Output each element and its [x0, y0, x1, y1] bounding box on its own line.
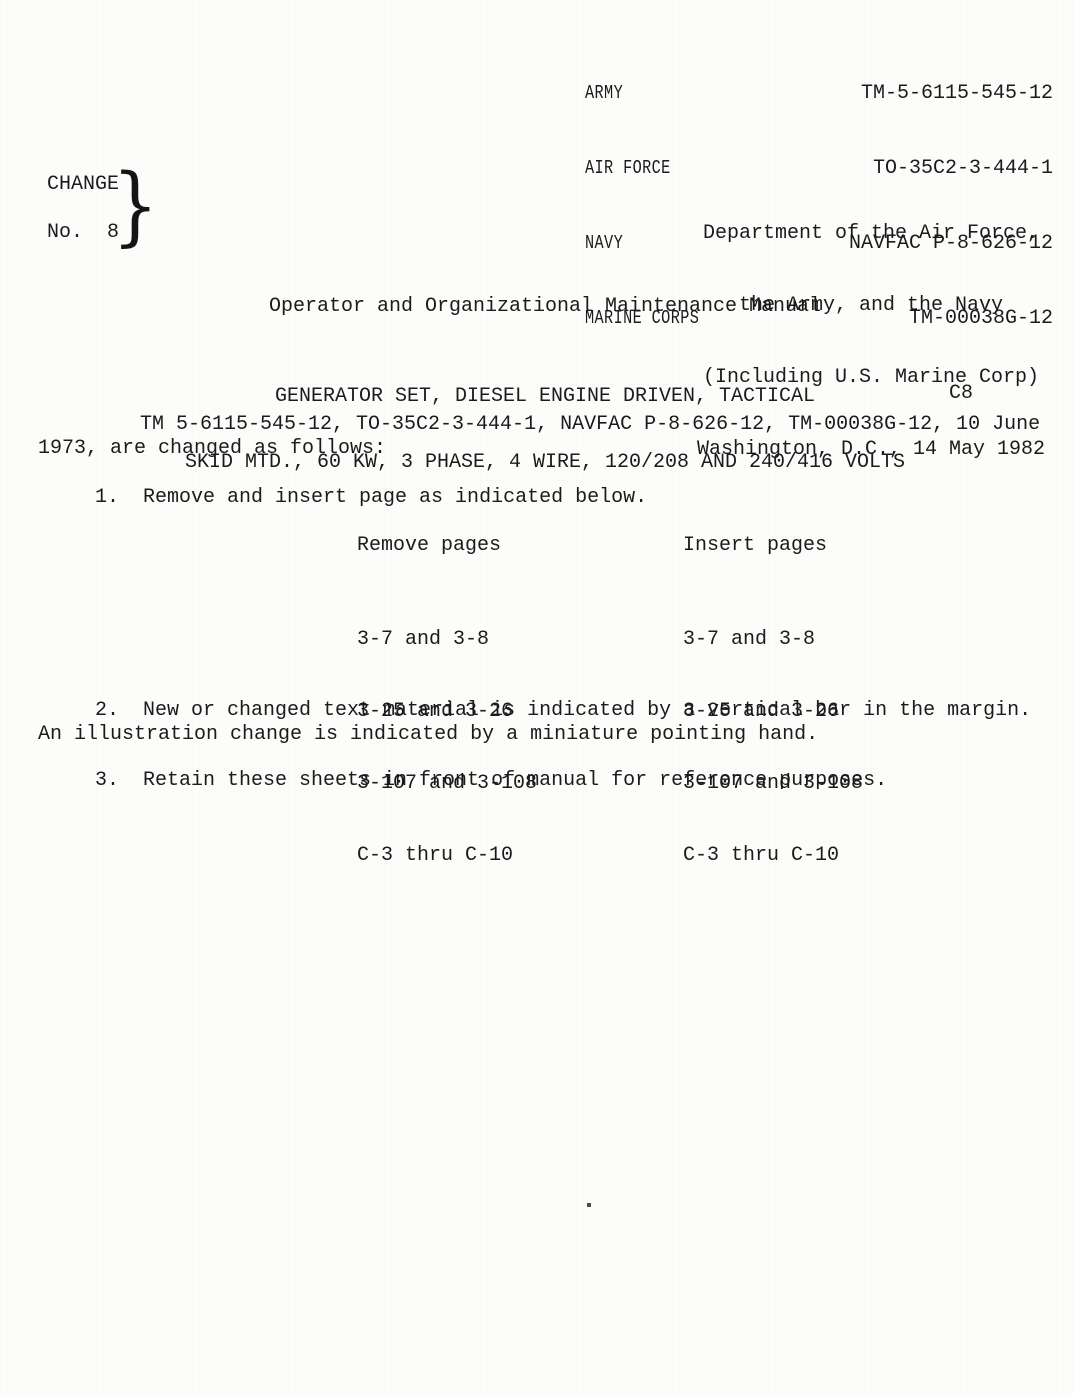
authority-line: Department of the Air Force,: [651, 222, 1075, 246]
manual-subtitle: Operator and Organizational Maintenance …: [10, 295, 1075, 319]
document-page: ARMY AIR FORCE NAVY MARINE CORPS TM-5-61…: [0, 0, 1075, 1395]
numbered-item-2-line2: An illustration change is indicated by a…: [38, 723, 818, 747]
brace-glyph: }: [112, 166, 159, 246]
insert-pages-column: 3-7 and 3-8 3-25 and 3-26 3-107 and 3-10…: [683, 580, 863, 916]
numbered-item-1: 1. Remove and insert page as indicated b…: [95, 486, 647, 510]
change-number: No. 8: [47, 221, 119, 245]
change-label: CHANGE: [47, 173, 119, 197]
intro-paragraph-line1: TM 5-6115-545-12, TO-35C2-3-444-1, NAVFA…: [140, 413, 1040, 437]
remove-pages-row: 3-7 and 3-8: [357, 628, 537, 652]
insert-pages-header: Insert pages: [683, 534, 827, 558]
publication-number-tm: TM-5-6115-545-12: [849, 81, 1053, 106]
scan-artifact-speck: [587, 1203, 591, 1207]
numbered-item-2-line1: 2. New or changed text material is indic…: [95, 699, 1031, 723]
service-branch-army: ARMY: [585, 81, 699, 106]
remove-pages-column: 3-7 and 3-8 3-25 and 3-26 3-107 and 3-10…: [357, 580, 537, 916]
intro-paragraph-line2: 1973, are changed as follows:: [38, 437, 386, 461]
remove-pages-header: Remove pages: [357, 534, 501, 558]
manual-title-line1: GENERATOR SET, DIESEL ENGINE DRIVEN, TAC…: [10, 386, 1075, 408]
numbered-item-3: 3. Retain these sheets in front of manua…: [95, 769, 887, 793]
remove-pages-row: C-3 thru C-10: [357, 844, 537, 868]
insert-pages-row: 3-7 and 3-8: [683, 628, 863, 652]
insert-pages-row: C-3 thru C-10: [683, 844, 863, 868]
